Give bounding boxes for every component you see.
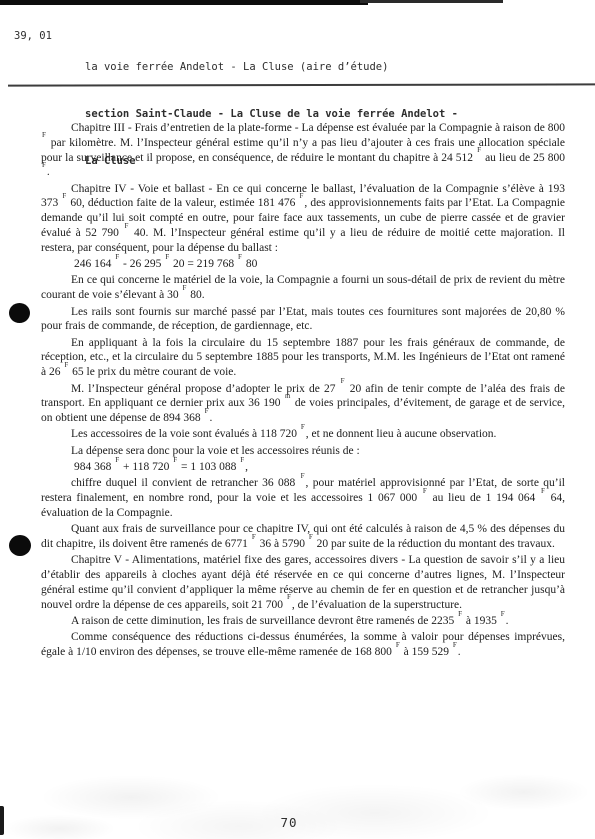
superscript-unit: F [308, 533, 314, 541]
superscript-unit: m [284, 392, 291, 400]
superscript-unit: F [114, 456, 120, 464]
superscript-unit: F [300, 472, 306, 480]
document-body: Chapitre III - Frais d’entretien de la p… [41, 121, 565, 661]
superscript-unit: F [123, 222, 129, 230]
superscript-unit: F [251, 533, 257, 541]
page-number: 70 [0, 815, 578, 830]
superscript-unit: F [204, 407, 210, 415]
paragraph: Les rails sont fournis sur marché passé … [41, 305, 565, 335]
paragraph: M. l’Inspecteur général propose d’adopte… [41, 382, 565, 426]
paragraph: Chapitre III - Frais d’entretien de la p… [41, 121, 565, 180]
superscript-unit: F [61, 192, 67, 200]
scanned-document-page: 39, 01 la voie ferrée Andelot - La Cluse… [0, 0, 595, 839]
paragraph: Comme conséquence des réductions ci-dess… [41, 630, 565, 660]
superscript-unit: F [452, 641, 458, 649]
paragraph: A raison de cette diminution, les frais … [41, 614, 565, 629]
superscript-unit: F [237, 253, 243, 261]
superscript-unit: F [500, 610, 506, 618]
superscript-unit: F [476, 146, 482, 154]
superscript-unit: F [300, 423, 306, 431]
superscript-unit: F [172, 456, 178, 464]
superscript-unit: F [540, 487, 546, 495]
superscript-unit: F [164, 253, 170, 261]
scan-artifact-top-bar [0, 0, 368, 5]
superscript-unit: F [63, 361, 69, 369]
superscript-unit: F [182, 284, 188, 292]
superscript-unit: F [422, 487, 428, 495]
superscript-unit: F [395, 641, 401, 649]
paragraph: En appliquant à la fois la circulaire du… [41, 336, 565, 380]
document-title: la voie ferrée Andelot - La Cluse (aire … [85, 60, 458, 76]
equation-line: 246 164 F - 26 295 F 20 = 219 768 F 80 [41, 257, 565, 272]
superscript-unit: F [457, 610, 463, 618]
paragraph: En ce qui concerne le matériel de la voi… [41, 273, 565, 303]
paragraph: Les accessoires de la voie sont évalués … [41, 427, 565, 442]
superscript-unit: F [41, 161, 47, 169]
document-reference-number: 39, 01 [14, 30, 52, 42]
superscript-unit: F [340, 377, 346, 385]
scan-artifact-top-bar-thin [360, 0, 503, 3]
paragraph: Quant aux frais de surveillance pour ce … [41, 522, 565, 552]
punch-hole-mark-bottom [9, 535, 31, 556]
superscript-unit: F [239, 456, 245, 464]
superscript-unit: F [298, 192, 304, 200]
paragraph: Chapitre IV - Voie et ballast - En ce qu… [41, 182, 565, 256]
paragraph: Chapitre V - Alimentations, matériel fix… [41, 553, 565, 612]
superscript-unit: F [114, 253, 120, 261]
superscript-unit: F [286, 593, 292, 601]
superscript-unit: F [41, 131, 47, 139]
paragraph: chiffre duquel il convient de retrancher… [41, 476, 565, 520]
punch-hole-mark-top [9, 303, 30, 323]
